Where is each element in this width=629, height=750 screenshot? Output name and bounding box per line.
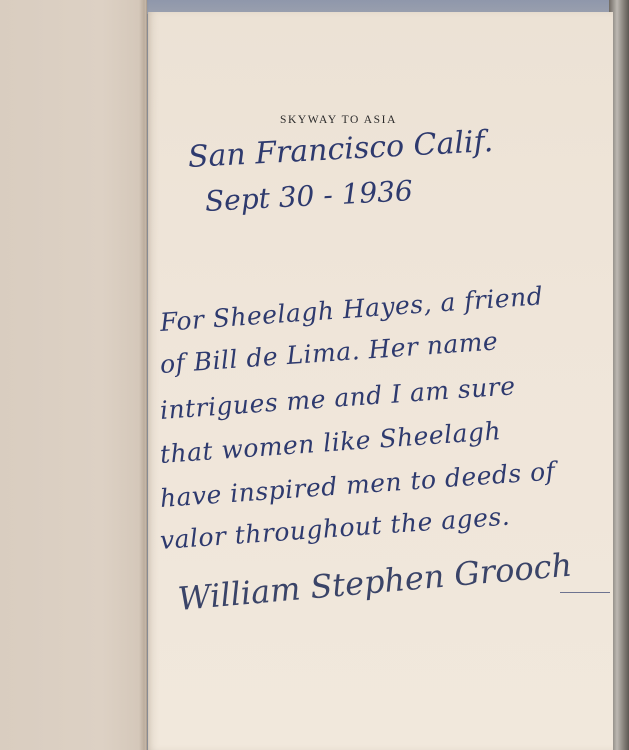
signature-flourish bbox=[560, 592, 610, 593]
left-page bbox=[0, 0, 147, 750]
book-photo: SKYWAY TO ASIA San Francisco Calif. Sept… bbox=[0, 0, 629, 750]
printed-title: SKYWAY TO ASIA bbox=[280, 114, 397, 126]
book-gutter bbox=[139, 0, 149, 750]
